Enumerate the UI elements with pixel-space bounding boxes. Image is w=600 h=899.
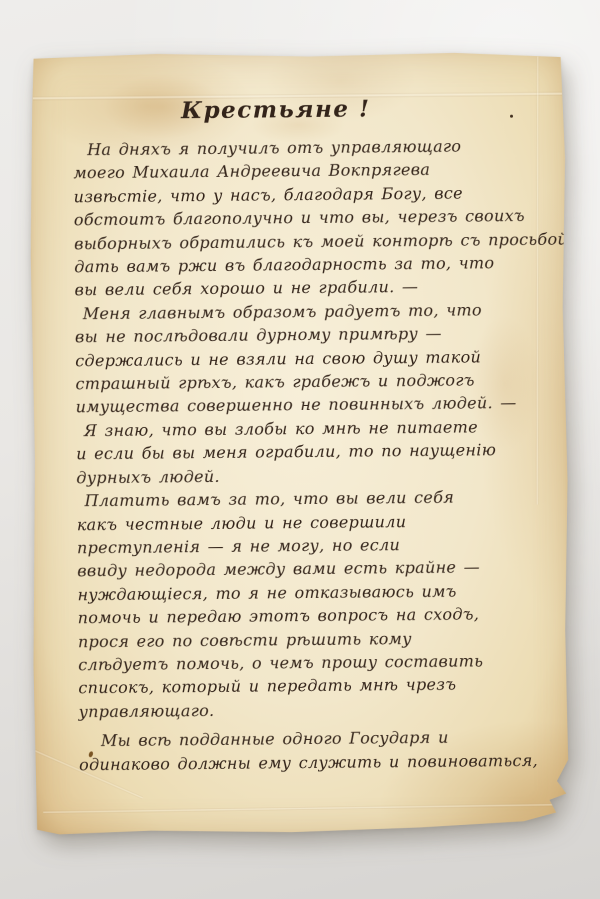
letter-line: и если бы вы меня ограбили, то по наущен… <box>76 438 556 466</box>
letter-paper: Крестьяне ! На дняхъ я получилъ отъ упра… <box>28 48 573 837</box>
letter-paper-wrap: Крестьяне ! На дняхъ я получилъ отъ упра… <box>28 48 573 837</box>
letter-line: имущества совершенно не повинныхъ людей.… <box>76 391 556 419</box>
fold-crease-bottom <box>43 803 556 814</box>
letter-text: Крестьяне ! На дняхъ я получилъ отъ упра… <box>73 94 559 777</box>
ink-speck <box>568 82 570 84</box>
letter-title: Крестьяне ! <box>73 94 479 125</box>
photo-backdrop: Крестьяне ! На дняхъ я получилъ отъ упра… <box>0 0 600 899</box>
letter-line: управляющаго. <box>78 695 558 723</box>
letter-line: одинаково должны ему служить и повиноват… <box>79 748 559 776</box>
